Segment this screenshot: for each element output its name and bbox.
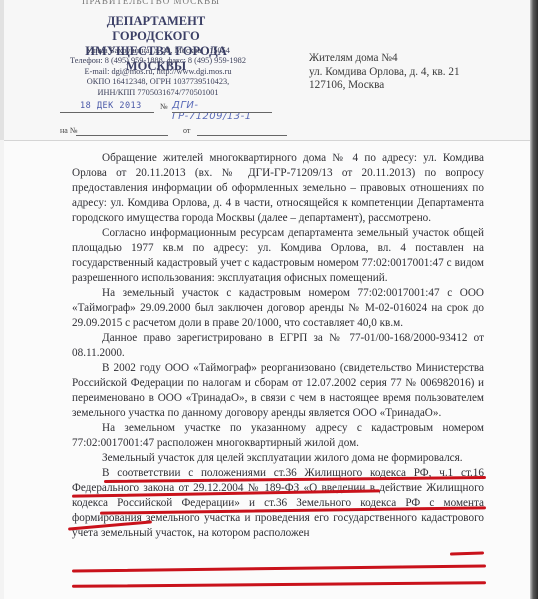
- date-stamp: 18 ДЕК 2013: [80, 101, 142, 111]
- addressee-line: ул. Комдива Орлова, д. 4, кв. 21: [309, 66, 460, 80]
- number-label: №: [160, 102, 168, 111]
- department-requisites: Улица Бахрушина, д. 20, Москва, 115054 Т…: [60, 46, 256, 98]
- paragraph: На земельный участок с кадастровым номер…: [72, 286, 484, 331]
- requisite-okpo: ОКПО 16412348, ОГРН 1037739510423,: [60, 77, 256, 87]
- letterhead-section: ПРАВИТЕЛЬСТВО МОСКВЫ ДЕПАРТАМЕНТ ГОРОДСК…: [4, 0, 530, 140]
- handwritten-reg-number: ДГИ-ГР-71209/13-1: [172, 100, 270, 122]
- requisite-phone: Телефон: 8 (495) 959-1888, факс: 8 (495)…: [60, 56, 256, 66]
- ref-number-label: на №: [60, 126, 77, 135]
- addressee-block: Жителям дома №4 ул. Комдива Орлова, д. 4…: [309, 52, 460, 93]
- cut-off-header: ПРАВИТЕЛЬСТВО МОСКВЫ: [82, 0, 220, 6]
- paragraph-highlighted: На земельном участке по указанному адрес…: [72, 421, 484, 451]
- addressee-line: Жителям дома №4: [309, 52, 460, 66]
- ref-number-line: [76, 135, 168, 136]
- department-line: ДЕПАРТАМЕНТ ГОРОДСКОГО: [70, 14, 242, 44]
- requisite-email: E-mail: dgi@mos.ru, http://www.dgi.mos.r…: [60, 67, 256, 77]
- paragraph: Согласно информационным ресурсам департа…: [72, 226, 484, 286]
- ref-date-line: [197, 135, 287, 136]
- requisite-address: Улица Бахрушина, д. 20, Москва, 115054: [60, 46, 256, 56]
- paragraph-highlighted: Земельный участок для целей эксплуатации…: [72, 451, 484, 466]
- addressee-line: 127106, Москва: [309, 79, 460, 93]
- reference-row: на № от: [60, 126, 270, 138]
- paragraph: Данное право зарегистрировано в ЕГРП за …: [72, 331, 484, 361]
- outgoing-date-row: 18 ДЕК 2013 № ДГИ-ГР-71209/13-1: [60, 101, 270, 115]
- scan-right-edge: [530, 0, 538, 599]
- paragraph: В 2002 году ООО «Таймограф» реорганизова…: [72, 361, 484, 421]
- date-line: [60, 112, 154, 113]
- paragraph: Обращение жителей многоквартирного дома …: [72, 151, 484, 226]
- ref-date-label: от: [183, 126, 190, 135]
- number-line: [172, 112, 272, 113]
- requisite-inn: ИНН/КПП 7705031674/770501001: [60, 88, 256, 98]
